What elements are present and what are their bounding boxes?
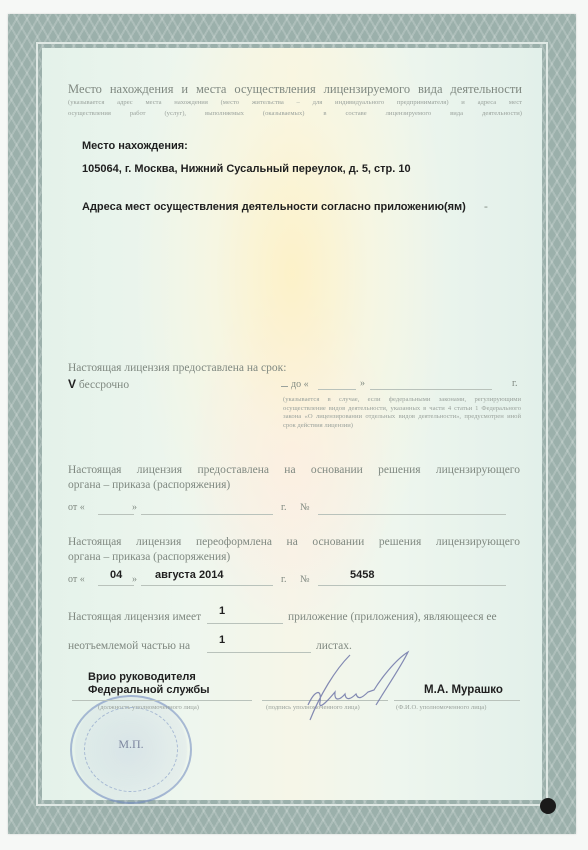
location-hint-2: осуществления работ (услуг), выполняемых…: [68, 110, 522, 117]
location-hint-1: (указывается адрес места нахождения (мес…: [68, 99, 522, 106]
term-quote-close: »: [360, 378, 365, 389]
signatory-position-1: Врио руководителя: [88, 671, 196, 683]
reissued-month-year: августа 2014: [155, 569, 223, 581]
seal-label: М.П.: [72, 737, 190, 752]
granted-from: от «: [68, 502, 85, 513]
term-indefinite-label: бессрочно: [79, 379, 129, 391]
appendix-count: 1: [219, 605, 225, 617]
appendix-count-line: [207, 623, 283, 624]
appendix-sheets: 1: [219, 634, 225, 646]
granted-date-line: [141, 514, 273, 515]
term-heading: Настоящая лицензия предоставлена на срок…: [68, 362, 286, 374]
granted-text-2: органа – приказа (распоряжения): [68, 479, 230, 491]
granted-text-1: Настоящая лицензия предоставлена на осно…: [68, 464, 520, 476]
appendix-sheets-before: неотъемлемой частью на: [68, 640, 190, 652]
term-year-suffix: г.: [512, 378, 517, 389]
reissued-text-1: Настоящая лицензия переоформлена на осно…: [68, 536, 520, 548]
granted-number-line: [318, 514, 506, 515]
checkbox-icon: [281, 378, 288, 387]
reissued-number-sign: №: [300, 574, 310, 585]
location-address: 105064, г. Москва, Нижний Сусальный пере…: [82, 163, 411, 175]
reissued-year-suffix: г.: [281, 574, 286, 585]
position-line: [72, 700, 252, 701]
granted-day-line: [98, 514, 134, 515]
reissued-quote-close: »: [132, 574, 137, 585]
location-label: Место нахождения:: [82, 140, 188, 152]
reissued-day: 04: [110, 569, 122, 581]
term-day-line: [318, 389, 356, 390]
reissued-from: от «: [68, 574, 85, 585]
granted-year-suffix: г.: [281, 502, 286, 513]
activity-addresses: Адреса мест осуществления деятельности с…: [82, 201, 466, 213]
official-seal: М.П.: [70, 695, 192, 804]
reissued-day-line: [98, 585, 134, 586]
reissued-number-line: [318, 585, 506, 586]
appendix-text-after: приложение (приложения), являющееся ее: [288, 611, 497, 623]
punch-hole: [540, 798, 556, 814]
handwritten-signature: [290, 650, 420, 725]
term-indefinite: V бессрочно: [68, 377, 129, 391]
location-heading: Место нахождения и места осуществления л…: [68, 82, 522, 97]
term-until: до «: [281, 378, 309, 390]
granted-number-sign: №: [300, 502, 310, 513]
reissued-date-line: [141, 585, 273, 586]
activity-dash: -: [484, 201, 488, 213]
signatory-position-2: Федеральной службы: [88, 684, 210, 696]
reissued-text-2: органа – приказа (распоряжения): [68, 551, 230, 563]
appendix-text-before: Настоящая лицензия имеет: [68, 611, 201, 623]
term-date-line: [370, 389, 492, 390]
checkmark-icon: V: [68, 377, 76, 391]
granted-quote-close: »: [132, 502, 137, 513]
signatory-name: М.А. Мурашко: [424, 684, 503, 696]
term-note: (указывается в случае, если федеральными…: [283, 396, 521, 430]
reissued-number: 5458: [350, 569, 374, 581]
caption-position: (должность уполномоченного лица): [98, 704, 199, 711]
